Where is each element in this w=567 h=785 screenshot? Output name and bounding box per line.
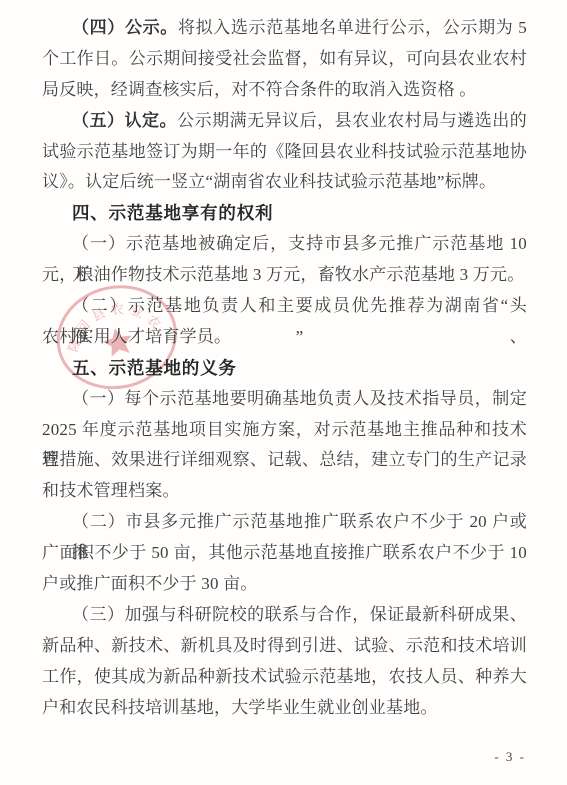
text-line: 户或推广面积不少于 30 亩。 (42, 569, 527, 600)
text-line: （一）示范基地被确定后，支持市县多元推广示范基地 10 万 (42, 229, 527, 260)
text-line: （三）加强与科研院校的联系与合作，保证最新科研成果、 (42, 600, 527, 631)
text-line: 新品种、新技术、新机具及时得到引进、试验、示范和技术培训 (42, 631, 527, 662)
text-line: （二）示范基地负责人和主要成员优先推荐为湖南省“头雁”、 (42, 291, 527, 322)
text-line: 元，粮油作物技术示范基地 3 万元，畜牧水产示范基地 3 万元。 (42, 260, 527, 291)
text-line: 理措施、效果进行详细观察、记载、总结，建立专门的生产记录 (42, 445, 527, 476)
page-number: - 3 - (494, 749, 526, 765)
text-line: 户和农民科技培训基地，大学毕业生就业创业基地。 (42, 693, 527, 724)
section-heading: 五、示范基地的义务 (42, 353, 527, 384)
text-line: （五）认定。公示期满无异议后，县农业农村局与遴选出的 (42, 106, 527, 137)
text-line: 广面积不少于 50 亩，其他示范基地直接推广联系农户不少于 10 (42, 538, 527, 569)
text-line: （四）公示。将拟入选示范基地名单进行公示，公示期为 5 (42, 13, 527, 44)
text-line: 个工作日。公示期间接受社会监督，如有异议，可向县农业农村 (42, 44, 527, 75)
text-line: 议》。认定后统一竖立“湖南省农业科技试验示范基地”标牌。 (42, 167, 527, 198)
text-line: 局反映，经调查核实后，对不符合条件的取消入选资格 。 (42, 75, 527, 106)
text-line: 和技术管理档案。 (42, 476, 527, 507)
text-line: 2025 年度示范基地项目实施方案，对示范基地主推品种和技术管 (42, 415, 527, 446)
text-line: （二）市县多元推广示范基地推广联系农户不少于 20 户或推 (42, 507, 527, 538)
text-line: 试验示范基地签订为期一年的《隆回县农业科技试验示范基地协 (42, 137, 527, 168)
bold-lead-text: （五）认定。 (72, 111, 177, 130)
text-line: 工作，使其成为新品种新技术试验示范基地，农技人员、种养大 (42, 662, 527, 693)
document-page: 隆回县农业农村局 （四）公示。将拟入选示范基地名单进行公示，公示期为 5个工作日… (0, 0, 567, 785)
document-text: （四）公示。将拟入选示范基地名单进行公示，公示期为 5个工作日。公示期间接受社会… (42, 13, 527, 723)
section-heading: 四、示范基地享有的权利 (42, 198, 527, 229)
text-line: （一）每个示范基地要明确基地负责人及技术指导员，制定 (42, 384, 527, 415)
bold-lead-text: （四）公示。 (72, 18, 178, 37)
